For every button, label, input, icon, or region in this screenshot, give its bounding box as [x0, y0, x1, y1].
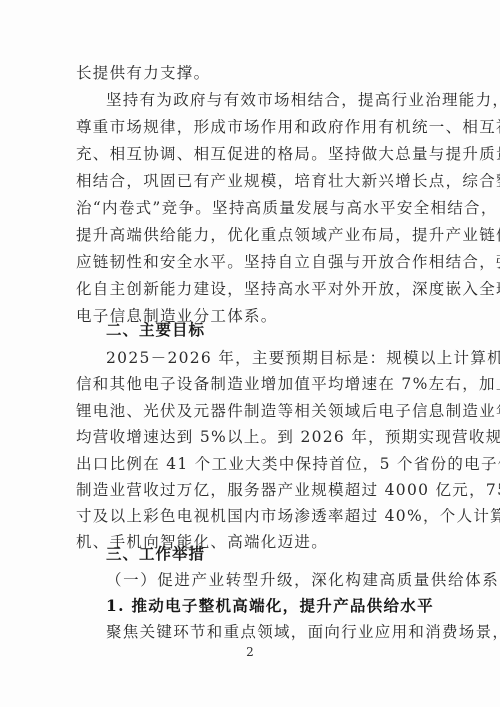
paragraph-line: 坚持有为政府与有效市场相结合，提高行业治理能力，	[106, 87, 426, 113]
paragraph-line: 聚焦关键环节和重点领域，面向行业应用和消费场景，	[106, 619, 426, 645]
paragraph-line: 出口比例在 41 个工业大类中保持首位，5 个省份的电子信息	[76, 451, 426, 477]
paragraph-line: 充、相互协调、相互促进的格局。坚持做大总量与提升质量	[76, 141, 426, 167]
paragraph-line: 长提供有力支撑。	[76, 60, 426, 86]
section-heading-work-measures: 三、工作举措	[106, 541, 426, 567]
numbered-heading: 1. 推动电子整机高端化，提升产品供给水平	[106, 593, 426, 619]
paragraph-line: 2025－2026 年，主要预期目标是：规模以上计算机、通	[106, 345, 426, 371]
paragraph-line: 均营收增速达到 5%以上。到 2026 年，预期实现营收规模和	[76, 424, 426, 450]
subsection-heading: （一）促进产业转型升级，深化构建高质量供给体系	[106, 567, 426, 593]
paragraph-line: 应链韧性和安全水平。坚持自立自强与开放合作相结合，强	[76, 249, 426, 275]
page-number: 2	[244, 645, 256, 659]
paragraph-line: 提升高端供给能力，优化重点领域产业布局，提升产业链供	[76, 222, 426, 248]
paragraph-line: 化自主创新能力建设，坚持高水平对外开放，深度嵌入全球	[76, 276, 426, 302]
paragraph-line: 治“内卷式”竞争。坚持高质量发展与高水平安全相结合，	[76, 195, 426, 221]
paragraph-line: 相结合，巩固已有产业规模，培育壮大新兴增长点，综合整	[76, 168, 426, 194]
paragraph-line: 锂电池、光伏及元器件制造等相关领域后电子信息制造业年	[76, 398, 426, 424]
section-heading-main-goals: 二、主要目标	[106, 317, 426, 343]
paragraph-line: 信和其他电子设备制造业增加值平均增速在 7%左右，加上	[76, 371, 426, 397]
paragraph-line: 寸及以上彩色电视机国内市场渗透率超过 40%，个人计算	[76, 503, 426, 529]
document-page: 长提供有力支撑。 坚持有为政府与有效市场相结合，提高行业治理能力， 尊重市场规律…	[0, 0, 500, 707]
paragraph-line: 尊重市场规律，形成市场作用和政府作用有机统一、相互补	[76, 114, 426, 140]
paragraph-line: 制造业营收过万亿，服务器产业规模超过 4000 亿元，75 英	[76, 477, 426, 503]
